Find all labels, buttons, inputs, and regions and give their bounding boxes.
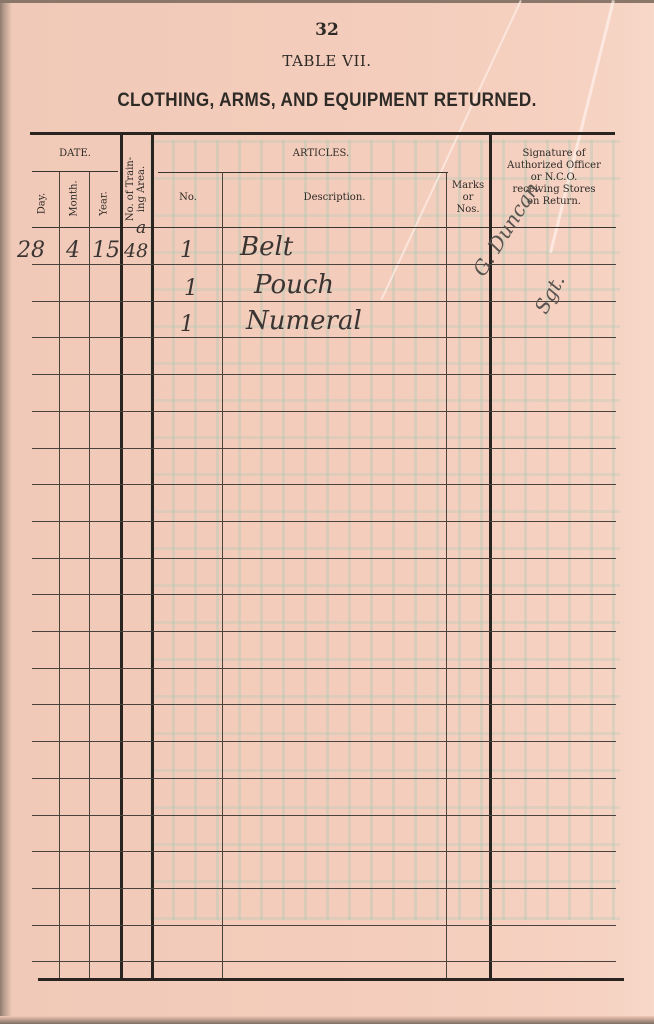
col-divider-day-month: [59, 172, 60, 978]
training-area-header-line2: ing Area.: [136, 166, 147, 212]
row-rule: [32, 631, 616, 632]
entry-no: 1: [180, 312, 194, 337]
signature-header-line3: or N.C.O.: [531, 172, 578, 183]
row-rule: [32, 448, 616, 449]
day-header: Day.: [37, 179, 48, 229]
entry-description: Numeral: [246, 306, 362, 336]
row-rule: [32, 704, 616, 705]
training-area-header: No. of Train- ing Area.: [125, 151, 147, 227]
page-top-edge: [0, 0, 654, 3]
marks-header-line2: or: [463, 192, 474, 203]
entry-year: 15: [92, 238, 120, 263]
marks-header-line1: Marks: [452, 180, 484, 191]
col-divider-no-description: [222, 172, 223, 978]
row-rule: [32, 815, 616, 816]
row-rule: [32, 925, 616, 926]
row-rule: [32, 851, 616, 852]
row-rule: [32, 741, 616, 742]
row-rule: [32, 888, 616, 889]
marks-header-line3: Nos.: [456, 204, 479, 215]
row-rule: [32, 337, 616, 338]
page-bottom-edge: [0, 1016, 654, 1024]
col-divider-description-marks: [446, 172, 447, 978]
entry-day: 28: [17, 238, 45, 263]
table-number: TABLE VII.: [0, 52, 654, 70]
entry-no: 1: [184, 276, 198, 301]
row-rule: [32, 521, 616, 522]
marks-header: Marks or Nos.: [447, 180, 489, 216]
show-through-grid: [150, 140, 620, 920]
signature-header-line2: Authorized Officer: [507, 160, 601, 171]
row-rule: [32, 264, 616, 265]
date-header: DATE.: [30, 148, 120, 160]
entry-no: 1: [180, 238, 194, 263]
table-title: CLOTHING, ARMS, AND EQUIPMENT RETURNED.: [33, 90, 622, 112]
no-header: No.: [154, 192, 222, 204]
row-rule: [32, 668, 616, 669]
row-rule: [32, 778, 616, 779]
entry-month: 4: [66, 238, 80, 263]
page-number: 32: [0, 20, 654, 40]
month-header: Month.: [69, 174, 80, 224]
col-divider-month-year: [89, 172, 90, 978]
entry-training-area-suffix: a: [136, 218, 146, 238]
row-rule: [32, 961, 616, 962]
table-top-rule: [30, 132, 615, 135]
row-rule: [32, 558, 616, 559]
table-bottom-rule: [38, 978, 624, 981]
articles-header: ARTICLES.: [154, 148, 488, 160]
row-rule: [32, 374, 616, 375]
year-header: Year.: [99, 179, 110, 229]
row-rule: [32, 594, 616, 595]
row-rule: [32, 484, 616, 485]
articles-subrule: [158, 172, 448, 173]
signature-header-line1: Signature of: [523, 148, 586, 159]
row-rule: [32, 411, 616, 412]
training-area-header-line1: No. of Train-: [125, 157, 136, 221]
entry-description: Pouch: [254, 270, 334, 300]
description-header: Description.: [223, 192, 446, 204]
ledger-page: 32 TABLE VII. CLOTHING, ARMS, AND EQUIPM…: [0, 0, 654, 1024]
date-subrule: [32, 171, 118, 172]
entry-training-area: 48: [124, 240, 148, 262]
entry-description: Belt: [240, 232, 293, 262]
row-rule: [32, 301, 616, 302]
